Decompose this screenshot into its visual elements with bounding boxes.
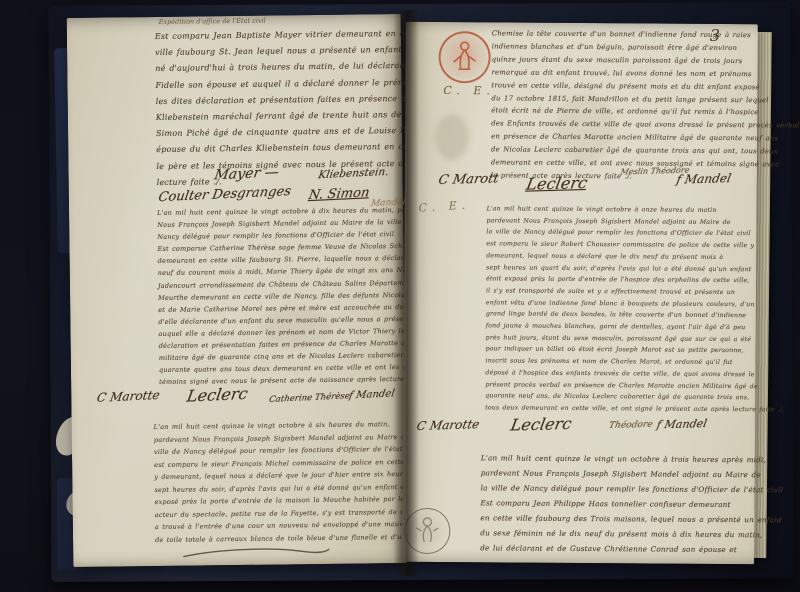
- signature: Leclerc: [186, 384, 250, 406]
- paper-stain: [435, 114, 469, 160]
- signature: C Marotte: [96, 388, 161, 405]
- manuscript-line: trouvé en cette ville, désigné du présen…: [491, 79, 753, 94]
- manuscript-line: de lui déclarant et de Gustave Chrétienn…: [480, 540, 754, 557]
- signature: Mayer —: [213, 164, 280, 183]
- manuscript-line: tous deux demeurant en cette ville, et o…: [485, 402, 753, 416]
- signature: Théodore: [608, 420, 654, 431]
- signature: C Marott: [437, 171, 500, 188]
- signature: C Marotte: [416, 417, 481, 433]
- signature: f Mandel: [675, 171, 732, 186]
- right-page: C. E. C. E. 3 Chemise la tête couverte d…: [402, 22, 758, 564]
- foundling-entry-marot: L'an mil huit cent quinze le vingt octob…: [485, 203, 754, 416]
- clerk-initials: C. E.: [443, 84, 495, 97]
- left-page: Expédition d'office de l'État civil Est …: [67, 14, 408, 567]
- signature: Leclerc: [525, 173, 589, 194]
- birth-entry-thiery: L'an mil huit cent quinze le vingt octob…: [157, 204, 405, 388]
- photo-of-open-register: Expédition d'office de l'État civil Est …: [0, 0, 800, 592]
- foundling-entry-continued: Chemise la tête couverte d'un bonnet d'i…: [491, 27, 754, 184]
- foundling-entry-start: L'an mil huit cent quinze le vingt octob…: [154, 418, 408, 546]
- clerk-initials: C. E.: [418, 198, 470, 214]
- signature: f Mandel: [348, 388, 395, 401]
- signature: Leclerc: [509, 414, 573, 435]
- embossed-seal-stamp: [404, 508, 450, 554]
- signature: Catherine Thérèse: [268, 391, 350, 405]
- manuscript-line: remarqué au dit enfant trouvé, lui avons…: [491, 66, 753, 81]
- birth-entry-haas: L'an mil huit cent quinze le vingt un oc…: [480, 450, 755, 557]
- signature: N. Simon: [307, 185, 370, 203]
- marginal-note: Expédition d'office de l'État civil: [159, 17, 266, 26]
- red-seal-stamp: [438, 31, 490, 83]
- pen-flourish: [181, 543, 331, 564]
- signature: f Mandel: [656, 417, 708, 431]
